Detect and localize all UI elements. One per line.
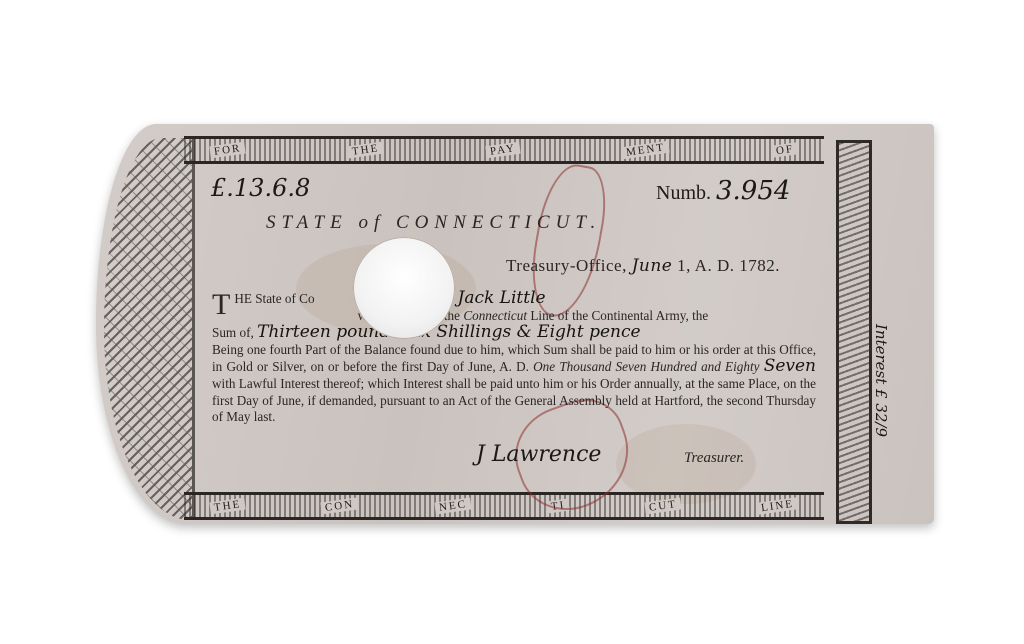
left-ornamental-border — [104, 138, 195, 520]
dateline-month: June — [632, 256, 673, 276]
ribbon-word: CUT — [644, 498, 681, 515]
sum-label: Sum of, — [212, 325, 254, 340]
note-body: T HE State of Co we unto Mr Jack Little … — [212, 290, 816, 426]
drop-cap: T — [212, 292, 230, 318]
bottom-ribbon-border: THE CON NEC TI CUT LINE — [184, 492, 824, 520]
body-text: with Lawful Interest thereof; which Inte… — [212, 376, 816, 424]
margin-interest-note: Interest £ 32/9 — [872, 324, 890, 437]
top-ribbon-border: FOR THE PAY MENT OF — [184, 136, 824, 164]
ribbon-word: FOR — [209, 142, 246, 159]
ribbon-word: PAY — [485, 142, 520, 159]
treasurer-signature: J Lawrence — [476, 442, 601, 467]
note-number: Numb. 3.954 — [656, 176, 790, 206]
treasury-note: FOR THE PAY MENT OF THE CON NEC TI CUT L… — [96, 118, 934, 528]
ribbon-word: NEC — [434, 498, 471, 515]
document-title: STATE of CONNECTICUT. — [266, 212, 601, 234]
dateline-year: 1, A. D. 1782. — [677, 256, 780, 275]
year-written: Seven — [764, 356, 816, 376]
number-value: 3.954 — [716, 176, 790, 206]
right-ornamental-border — [836, 140, 872, 524]
dateline-printed: Treasury-Office, — [506, 256, 627, 275]
ribbon-word: THE — [347, 142, 384, 159]
ribbon-word: MENT — [622, 141, 670, 159]
punched-hole — [353, 237, 455, 339]
paper: FOR THE PAY MENT OF THE CON NEC TI CUT L… — [96, 124, 934, 524]
ribbon-word: OF — [771, 142, 798, 158]
body-text: HE State of Co — [234, 291, 314, 306]
sum-amount-written: Thirteen pounds Six Shillings & Eight pe… — [257, 322, 640, 342]
amount: £.13.6.8 — [211, 174, 310, 202]
treasurer-label: Treasurer. — [684, 450, 744, 467]
ribbon-word: LINE — [756, 497, 798, 515]
body-text: Connecticut — [463, 308, 527, 323]
body-text: Line of the Continental Army, the — [530, 308, 708, 323]
ribbon-word: THE — [209, 498, 246, 515]
ribbon-word: CON — [321, 497, 360, 514]
number-label: Numb. — [656, 182, 711, 204]
body-text: One Thousand Seven Hundred and Eighty — [533, 359, 759, 374]
dateline: Treasury-Office, June 1, A. D. 1782. — [506, 256, 780, 276]
